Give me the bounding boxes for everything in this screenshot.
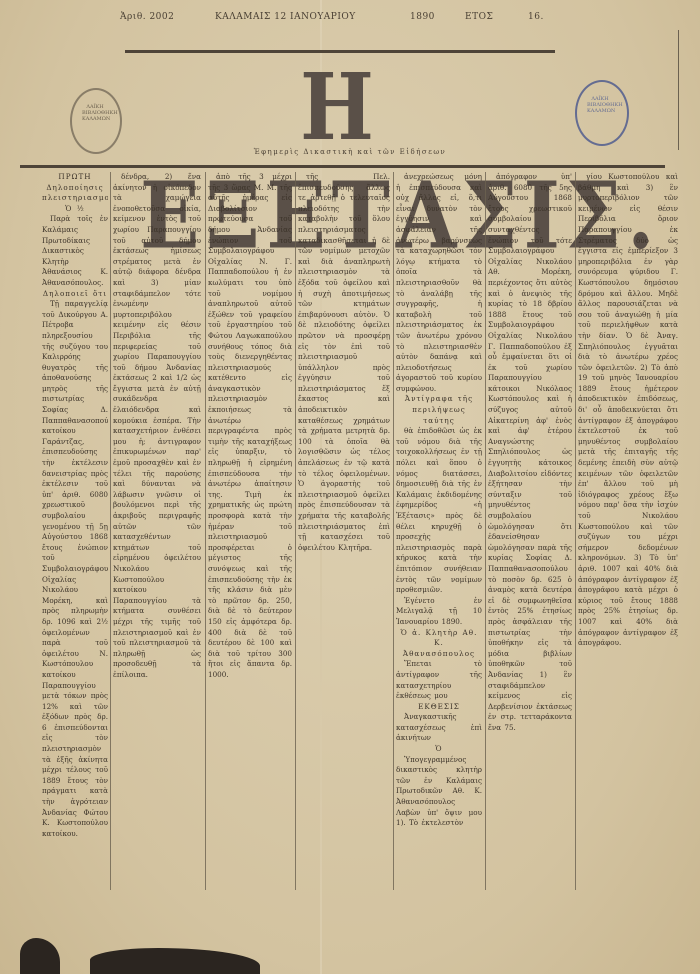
signature: Ὁ ἀ. Κλητὴρ Αθ. Κ. Ἀθανασόπουλος <box>396 628 482 660</box>
column-subheading: Δηλοποίησις πλειστηριασμοῦ <box>42 183 108 204</box>
paragraph: Ὑπογεγραμμένος δικαστικὸς κλητὴρ τῶν ἐν … <box>396 755 482 829</box>
paragraph: τῆς Πελ. ἐπισπευδούσης ἄλλως τε ἀρτεθῇ ὁ… <box>298 172 390 553</box>
column-subheading: Δηλοποιεῖ ὅτι <box>42 289 108 300</box>
paragraph: Ἕπεται τὸ ἀντίγραφον τῆς κατασχετηρίου ἐ… <box>396 659 482 701</box>
paragraph: ἀπόγραφον ὑπ' ἀριθ. 6080 τῆς 5ης Αὐγούστ… <box>488 172 572 733</box>
issue-number: Ἀριθ. 2002 <box>120 12 174 22</box>
section-mark: Ὁ <box>396 744 482 755</box>
paragraph: δένδρα, 2) ἕνα ἀκίνητον ἡ οἰκόπεδον τὰ χ… <box>113 172 201 681</box>
column-heading: ΠΡΩΤΗ <box>42 172 108 183</box>
masthead-top-rule <box>125 50 555 53</box>
stamp-text: ΛΑΪΚΗ ΒΙΒΛΙΟΘΗΚΗ ΚΑΛΑΜΩΝ <box>587 96 613 126</box>
column-6: ἀπόγραφον ὑπ' ἀριθ. 6080 τῆς 5ης Αὐγούστ… <box>488 172 572 887</box>
library-stamp-right: ΛΑΪΚΗ ΒΙΒΛΙΟΘΗΚΗ ΚΑΛΑΜΩΝ <box>575 80 629 146</box>
year-label: ΕΤΟΣ <box>465 12 493 22</box>
year: 1890 <box>410 12 435 22</box>
column-5: ἀνεχρεώσεως μόνη ἡ ἐπισπεύδουσα καὶ οὐχ … <box>396 172 482 887</box>
column-1: ΠΡΩΤΗ Δηλοποίησις πλειστηριασμοῦ Ὁ ½ Παρ… <box>42 172 108 887</box>
column-7: γίου Κωστοπούλου καὶ βάθμη καὶ 3) ἓν μυρ… <box>578 172 678 887</box>
library-stamp-left: ΛΑΪΚΗ ΒΙΒΛΙΟΘΗΚΗ ΚΑΛΑΜΩΝ <box>70 88 122 154</box>
paragraph: ἀνεχρεώσεως μόνη ἡ ἐπισπεύδουσα καὶ οὐχ … <box>396 172 482 394</box>
paragraph: Ἐγένετο ἐν Μελιγαλᾷ τῇ 10 Ἰανουαρίου 189… <box>396 596 482 628</box>
column-2: δένδρα, 2) ἕνα ἀκίνητον ἡ οἰκόπεδον τὰ χ… <box>113 172 201 887</box>
newspaper-subtitle: Ἐφημερὶς Δικαστικὴ καὶ τῶν Εἰδήσεων <box>230 148 470 156</box>
paragraph: Ἀναγκαστικῆς κατασχέσεως ἐπὶ ἀκινήτων <box>396 712 482 744</box>
paragraph: Τῇ παραγγελίᾳ τοῦ Δικούργου Α. Πέτροβα π… <box>42 299 108 839</box>
masthead-bottom-rule <box>20 165 665 168</box>
paragraph: Παρὰ τοῖς ἐν Καλάμαις Πρωτοδίκαις Δικαστ… <box>42 214 108 288</box>
newspaper-title: Η ΕΞΕΤΑΣΙΣ. <box>140 54 540 163</box>
paragraph: γίου Κωστοπούλου καὶ βάθμη καὶ 3) ἓν μυρ… <box>578 172 678 649</box>
dateline: Ἀριθ. 2002 ΚΑΛΑΜΑΙΣ 12 ΙΑΝΟΥΑΡΙΟΥ 1890 Ε… <box>120 12 560 28</box>
column-4: τῆς Πελ. ἐπισπευδούσης ἄλλως τε ἀρτεθῇ ὁ… <box>298 172 390 887</box>
column-heading: Ἀντίγραφα τῆς περιλήψεως ταύτης <box>396 394 482 426</box>
article-columns: ΠΡΩΤΗ Δηλοποίησις πλειστηριασμοῦ Ὁ ½ Παρ… <box>40 172 680 887</box>
place-date: ΚΑΛΑΜΑΙΣ 12 ΙΑΝΟΥΑΡΙΟΥ <box>215 12 356 22</box>
section-mark: Ὁ ½ <box>42 204 108 215</box>
stamp-text: ΛΑΪΚΗ ΒΙΒΛΙΟΘΗΚΗ ΚΑΛΑΜΩΝ <box>82 104 108 134</box>
volume-number: 16. <box>528 12 544 22</box>
column-3: ἀπὸ τῆς 3 μέχρι τῆς 3 ὥρας Μ. Μ. τῆς αὐτ… <box>208 172 292 887</box>
margin-line <box>678 30 679 150</box>
paragraph: ἀπὸ τῆς 3 μέχρι τῆς 3 ὥρας Μ. Μ. τῆς αὐτ… <box>208 172 292 681</box>
paragraph: θὰ ἐπιδοθῶσι ὡς ἐκ τοῦ νόμου διὰ τῆς τοι… <box>396 426 482 596</box>
column-heading: ΕΚΘΕΣΙΣ <box>396 702 482 713</box>
